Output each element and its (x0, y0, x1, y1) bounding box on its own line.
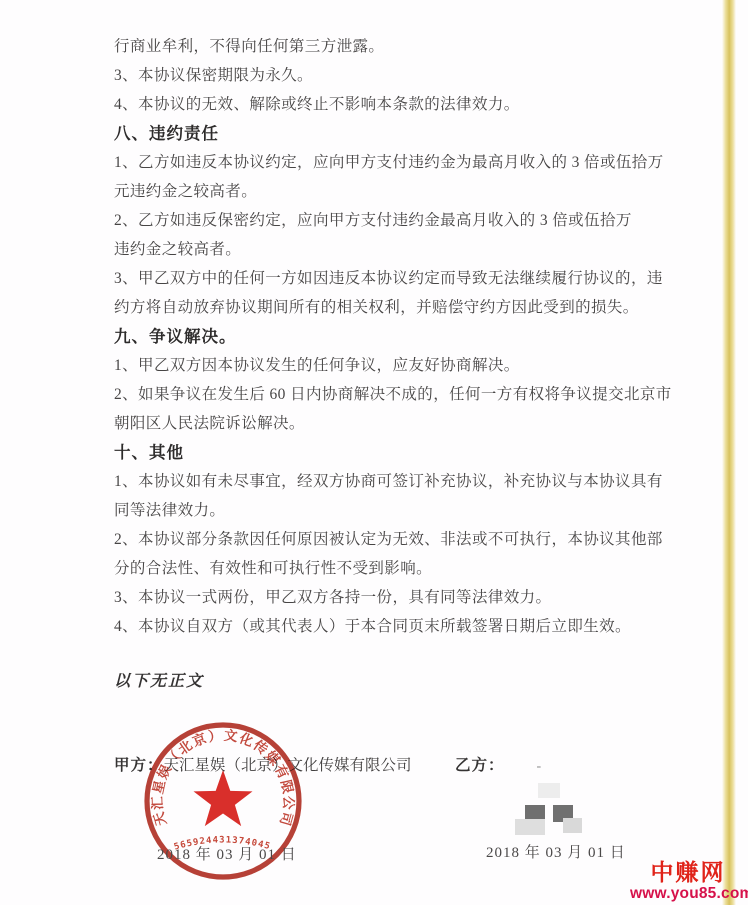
contract-line: 2、本协议部分条款因任何原因被认定为无效、非法或不可执行，本协议其他部 (114, 523, 649, 552)
party-b-signature-line: 乙方：- (455, 753, 541, 775)
party-b-value: - (505, 759, 542, 774)
contract-line: 朝阳区人民法院诉讼解决。 (114, 407, 649, 436)
contract-line: 分的合法性、有效性和可执行性不受到影响。 (114, 552, 649, 581)
contract-line: 约方将自动放弃协议期间所有的相关权利，并赔偿守约方因此受到的损失。 (114, 291, 649, 320)
contract-line: 2、如果争议在发生后 60 日内协商解决不成的，任何一方有权将争议提交北京市 (114, 378, 649, 407)
contract-line: 4、本协议自双方（或其代表人）于本合同页末所载签署日期后立即生效。 (114, 610, 649, 639)
contract-line: 1、乙方如违反本协议约定，应向甲方支付违约金为最高月收入的 3 倍或伍拾万 (114, 146, 649, 175)
party-b-sign-date: 2018 年 03 月 01 日 (486, 841, 626, 862)
closing-note: 以下无正文 (114, 668, 204, 691)
contract-line: 4、本协议的无效、解除或终止不影响本条款的法律效力。 (114, 88, 649, 117)
seal-star-icon (194, 770, 253, 826)
contract-body: 行商业牟利，不得向任何第三方泄露。 3、本协议保密期限为永久。 4、本协议的无效… (114, 30, 649, 639)
party-b-label: 乙方： (455, 757, 505, 774)
redacted-signature-mosaic (512, 779, 586, 837)
contract-line: 3、本协议一式两份，甲乙双方各持一份，具有同等法律效力。 (114, 581, 649, 610)
gold-binding-stripe (722, 0, 736, 905)
section-heading-breach-liability: 八、违约责任 (114, 117, 649, 146)
contract-line: 3、本协议保密期限为永久。 (114, 59, 649, 88)
site-watermark: 中赚网 www.you85.com (630, 861, 746, 902)
contract-line: 1、甲乙双方因本协议发生的任何争议，应友好协商解决。 (114, 349, 649, 378)
contract-line: 3、甲乙双方中的任何一方如因违反本协议约定而导致无法继续履行协议的，违 (114, 262, 649, 291)
contract-line: 元违约金之较高者。 (114, 175, 649, 204)
contract-line: 行商业牟利，不得向任何第三方泄露。 (114, 30, 649, 59)
contract-page: 行商业牟利，不得向任何第三方泄露。 3、本协议保密期限为永久。 4、本协议的无效… (0, 0, 748, 905)
watermark-site-name: 中赚网 (630, 861, 746, 884)
section-heading-miscellaneous: 十、其他 (114, 436, 649, 465)
watermark-site-url: www.you85.com (630, 886, 746, 902)
contract-line: 违约金之较高者。 (114, 233, 649, 262)
party-a-sign-date: 2018 年 03 月 01 日 (157, 843, 297, 864)
contract-line: 同等法律效力。 (114, 494, 649, 523)
contract-line: 1、本协议如有未尽事宜，经双方协商可签订补充协议，补充协议与本协议具有 (114, 465, 649, 494)
contract-line: 2、乙方如违反保密约定，应向甲方支付违约金最高月收入的 3 倍或伍拾万 (114, 204, 649, 233)
section-heading-dispute-resolution: 九、争议解决。 (114, 320, 649, 349)
